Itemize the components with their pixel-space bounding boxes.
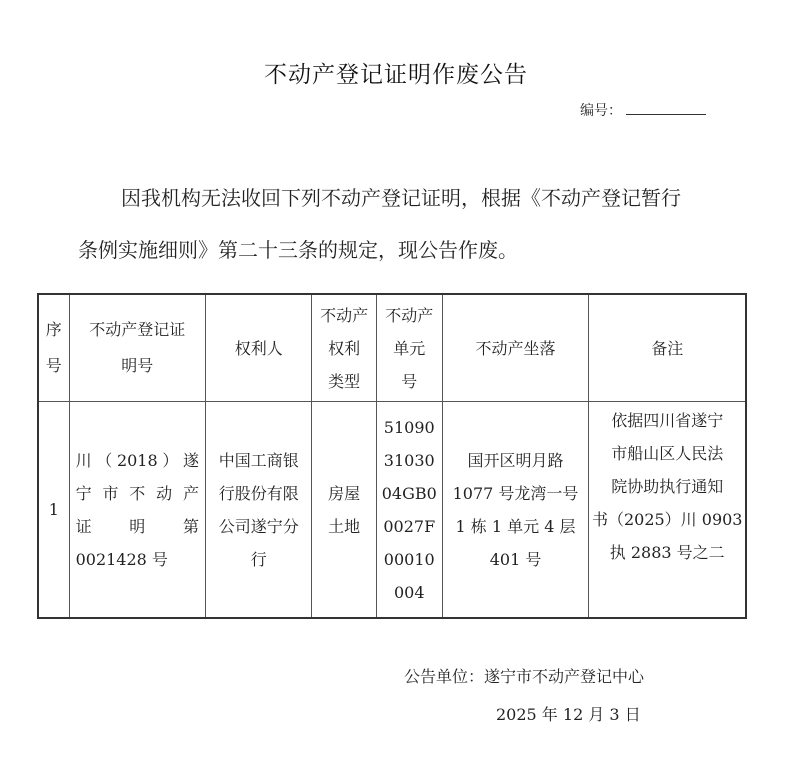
cell-line: 51090 xyxy=(377,411,442,444)
cell-line: 公司遂宁分 xyxy=(206,510,311,543)
cell-line: 401 号 xyxy=(443,543,589,576)
certificate-table: 序 号 不动产登记证 明号 权利人 不动产 权利 类型 不动产 单元 号 不动产… xyxy=(37,293,747,619)
table-header-row: 序 号 不动产登记证 明号 权利人 不动产 权利 类型 不动产 单元 号 不动产… xyxy=(38,294,746,402)
cell-unit-no: 51090 31030 04GB0 0027F 00010 004 xyxy=(376,402,442,619)
cell-seq: 1 xyxy=(38,402,69,619)
cell-line: 宁市不动产 xyxy=(76,477,199,510)
header-location: 不动产坐落 xyxy=(442,294,589,402)
header-seq: 序 号 xyxy=(38,294,69,402)
cell-remarks: 依据四川省遂宁 市船山区人民法 院协助执行通知 书（2025）川 0903 执 … xyxy=(589,402,746,619)
paragraph-line-1: 因我机构无法收回下列不动产登记证明，根据《不动产登记暂行 xyxy=(78,172,738,224)
header-text: 类型 xyxy=(328,372,360,391)
header-cert-no: 不动产登记证 明号 xyxy=(69,294,205,402)
issue-date: 2025 年 12 月 3 日 xyxy=(496,702,641,725)
cell-line: 依据四川省遂宁 xyxy=(589,404,745,437)
cell-line: 执 2883 号之二 xyxy=(589,536,745,569)
header-unit-no: 不动产 单元 号 xyxy=(376,294,442,402)
document-number: 编号： xyxy=(580,100,706,120)
header-right-type: 不动产 权利 类型 xyxy=(312,294,377,402)
cell-line: 1077 号龙湾一号 xyxy=(443,477,589,510)
header-text: 不动产 xyxy=(385,306,433,325)
cell-line: 证 明 第 xyxy=(76,510,199,543)
cell-line: 土地 xyxy=(312,510,376,543)
header-text: 权利 xyxy=(328,339,360,358)
cell-line: 行 xyxy=(206,543,311,576)
cell-line: 00010 xyxy=(377,543,442,576)
cell-line: 1 栋 1 单元 4 层 xyxy=(443,510,589,543)
header-text: 不动产登记证 xyxy=(89,320,185,339)
announcement-paragraph: 因我机构无法收回下列不动产登记证明，根据《不动产登记暂行 条例实施细则》第二十三… xyxy=(78,172,738,276)
cell-line: 国开区明月路 xyxy=(443,444,589,477)
header-text: 明号 xyxy=(121,356,153,375)
cell-line: 31030 xyxy=(377,444,442,477)
header-text: 备注 xyxy=(651,339,683,358)
cell-right-holder: 中国工商银 行股份有限 公司遂宁分 行 xyxy=(206,402,312,619)
header-text: 不动产坐落 xyxy=(476,339,556,358)
header-text: 号 xyxy=(401,372,417,391)
document-number-blank xyxy=(626,102,706,115)
cell-line: 0027F xyxy=(377,510,442,543)
table-row: 1 川（2018）遂 宁市不动产 证 明 第 0021428 号 中国工商银 行… xyxy=(38,402,746,619)
header-text: 单元 xyxy=(393,339,425,358)
cell-line: 04GB0 xyxy=(377,477,442,510)
cell-line: 房屋 xyxy=(312,477,376,510)
header-text: 权利人 xyxy=(235,339,283,358)
page-title: 不动产登记证明作废公告 xyxy=(0,56,792,89)
cell-line: 行股份有限 xyxy=(206,477,311,510)
header-text: 号 xyxy=(46,356,62,375)
cell-line: 书（2025）川 0903 xyxy=(589,503,745,536)
header-right-holder: 权利人 xyxy=(206,294,312,402)
cell-right-type: 房屋 土地 xyxy=(312,402,377,619)
cell-line: 市船山区人民法 xyxy=(589,437,745,470)
issuer: 公告单位：遂宁市不动产登记中心 xyxy=(404,664,644,687)
cell-line: 004 xyxy=(377,576,442,609)
header-text: 序 xyxy=(46,320,62,339)
header-remarks: 备注 xyxy=(589,294,746,402)
cell-line: 中国工商银 xyxy=(206,444,311,477)
paragraph-line-2: 条例实施细则》第二十三条的规定，现公告作废。 xyxy=(78,224,738,276)
header-text: 不动产 xyxy=(320,306,368,325)
cell-cert-no: 川（2018）遂 宁市不动产 证 明 第 0021428 号 xyxy=(69,402,205,619)
document-number-label: 编号： xyxy=(580,103,622,119)
cell-location: 国开区明月路 1077 号龙湾一号 1 栋 1 单元 4 层 401 号 xyxy=(442,402,589,619)
cell-line: 院协助执行通知 xyxy=(589,470,745,503)
cell-line: 0021428 号 xyxy=(76,543,199,576)
cell-line: 川（2018）遂 xyxy=(76,444,199,477)
